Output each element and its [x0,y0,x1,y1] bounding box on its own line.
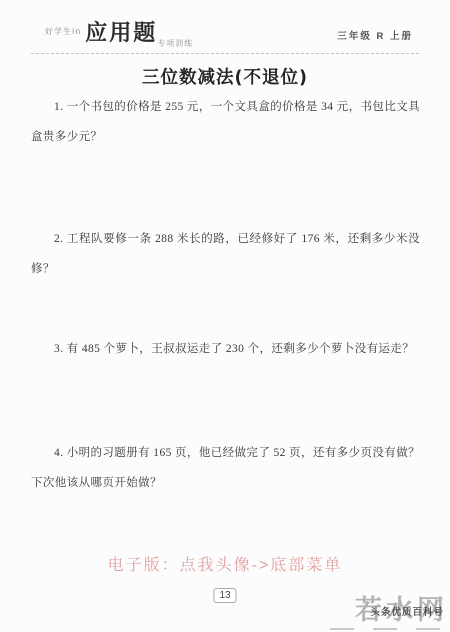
question-4: 4. 小明的习题册有 165 页，他已经做完了 52 页，还有多少页没有做？下次… [31,438,420,498]
ebook-notice-watermark: 电子版：点我头像->底部菜单 [0,552,450,575]
page-header: 好学生in 应用题 专项训练 三年级 R 上册 [31,12,419,54]
page-title: 三位数减法(不退位) [0,64,450,89]
site-overlay-text: 头条优质百科号 [370,604,444,618]
logo-subtitle-text: 专项训练 [157,39,193,48]
grade-edition-label: 三年级 R 上册 [337,28,413,42]
logo-main-text: 应用题 [85,21,157,46]
site-watermark: 若水网 头条优质百科号 [320,588,448,628]
series-logo: 好学生in 应用题 专项训练 [45,16,193,49]
question-3: 3. 有 485 个萝卜，王叔叔运走了 230 个，还剩多少个萝卜没有运走？ [31,334,420,364]
page-number-badge: 13 [213,588,236,603]
logo-prefix-text: 好学生in [45,27,81,36]
question-1: 1. 一个书包的价格是 255 元，一个文具盒的价格是 34 元，书包比文具盒贵… [31,92,420,152]
watermark-underline-dashes [330,628,440,630]
question-2: 2. 工程队要修一条 288 米长的路，已经修好了 176 米，还剩多少米没修？ [31,224,420,284]
worksheet-page: 好学生in 应用题 专项训练 三年级 R 上册 三位数减法(不退位) 1. 一个… [0,0,450,632]
